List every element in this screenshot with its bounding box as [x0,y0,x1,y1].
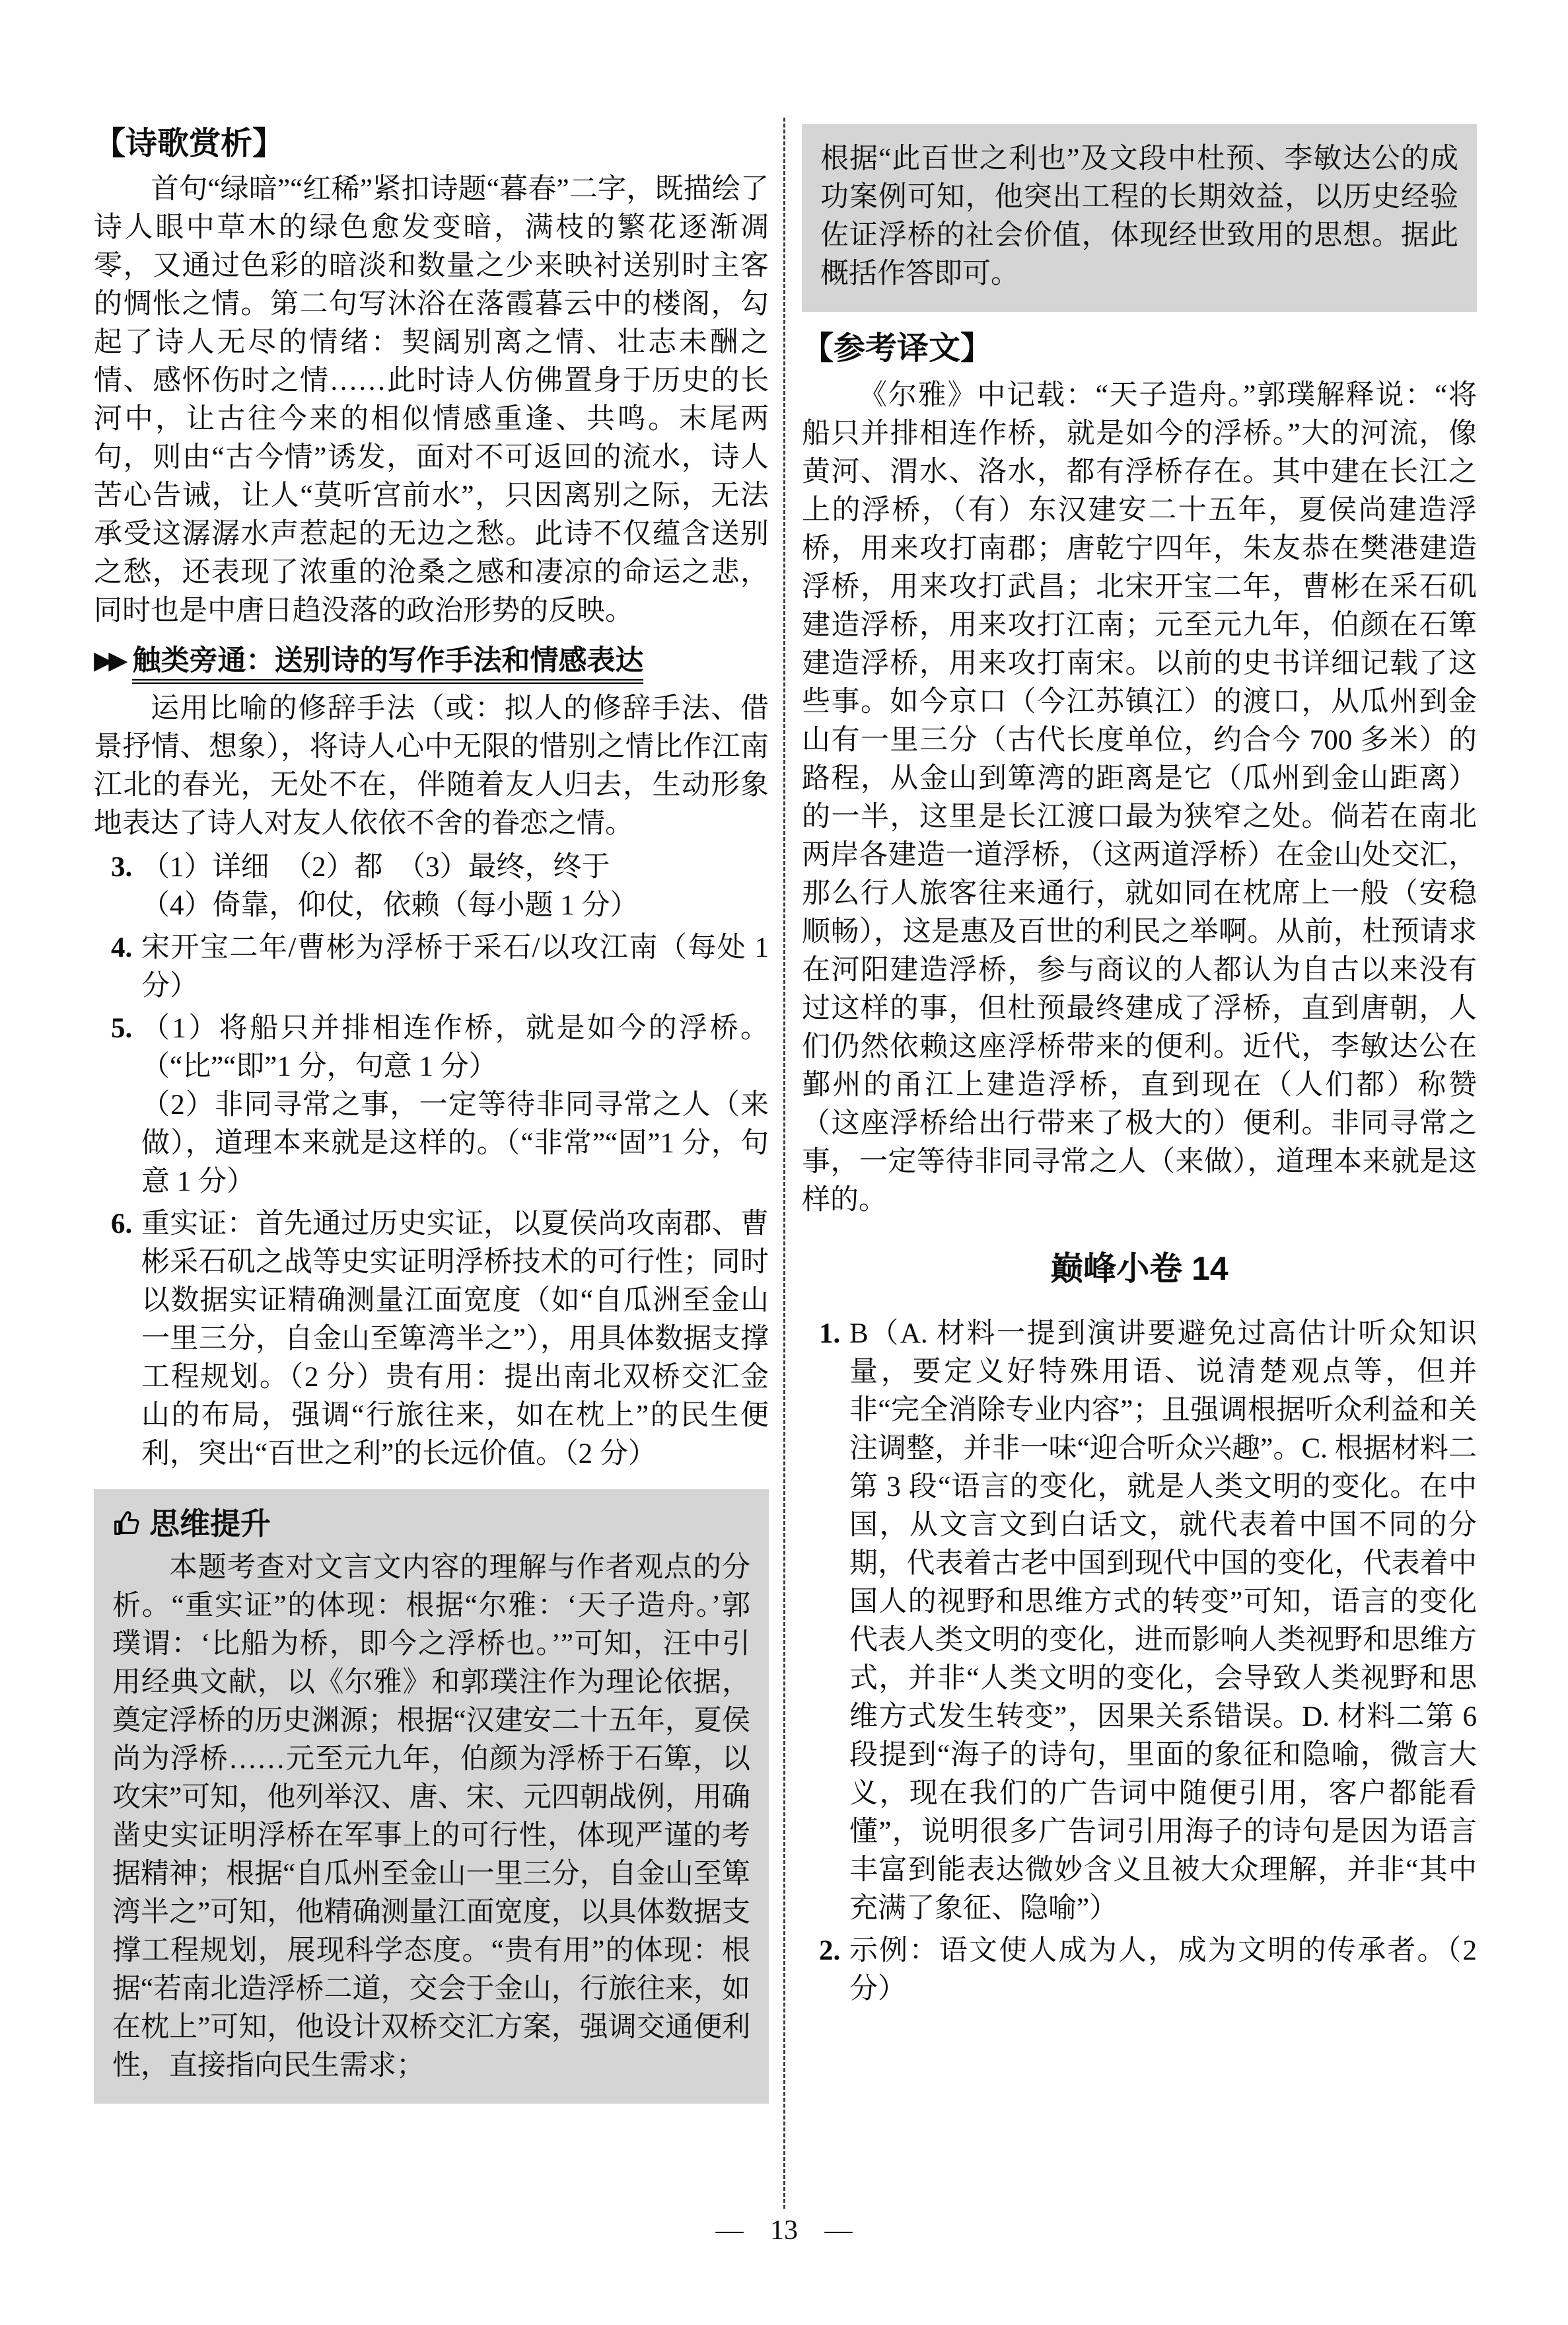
answer-body: B（A. 材料一提到演讲要避免过高估计听众知识量，要定义好特殊用语、说清楚观点等… [849,1315,1477,1928]
thinking-upgrade-text: 本题考查对文言文内容的理解与作者观点的分析。“重实证”的体现：根据“尔雅：‘天子… [112,1549,750,2085]
answer-number: 4. [94,929,141,1006]
double-triangle-icon: ▶▶ [94,646,123,675]
reference-translation-heading: 【参考译文】 [802,329,1477,369]
answer-number: 2. [802,1932,849,2009]
left-column: 【诗歌赏析】 首句“绿暗”“红稀”紧扣诗题“暮春”二字，既描绘了诗人眼中草木的绿… [94,124,769,2104]
answer-body: （1）详细 （2）都 （3）最终，终于 （4）倚靠，仰仗，依赖（每小题 1 分） [141,848,769,925]
answer-item-3: 3. （1）详细 （2）都 （3）最终，终于 （4）倚靠，仰仗，依赖（每小题 1… [94,848,769,925]
answer-number: 6. [94,1205,141,1473]
answer-paragraph: （1）详细 （2）都 （3）最终，终于 [141,848,769,887]
analogy-heading-title: 触类旁通：送别诗的写作手法和情感表达 [132,646,643,684]
peak-paper-heading: 巅峰小卷 14 [802,1249,1477,1288]
answer-item-5: 5. （1）将船只并排相连作桥，就是如今的浮桥。（“比”“即”1 分，句意 1 … [94,1010,769,1201]
answer-item-4: 4. 宋开宝二年/曹彬为浮桥于采石/以攻江南（每处 1 分） [94,929,769,1006]
answer-body: 宋开宝二年/曹彬为浮桥于采石/以攻江南（每处 1 分） [141,929,769,1006]
right-column: 根据“此百世之利也”及文段中杜预、李敏达公的成功案例可知，他突出工程的长期效益，… [802,124,1477,2009]
right-answer-list: 1. B（A. 材料一提到演讲要避免过高估计听众知识量，要定义好特殊用语、说清楚… [802,1315,1477,2009]
answer-paragraph: 示例：语文使人成为人，成为文明的传承者。（2 分） [849,1932,1477,2009]
answer-number: 3. [94,848,141,925]
reference-translation-text: 《尔雅》中记载：“天子造舟。”郭璞解释说：“将船只并排相连作桥，就是如今的浮桥。… [802,377,1477,1220]
answer-body: 示例：语文使人成为人，成为文明的传承者。（2 分） [849,1932,1477,2009]
answer-paragraph: （4）倚靠，仰仗，依赖（每小题 1 分） [141,887,769,925]
answer-number: 1. [802,1315,849,1928]
poem-appreciation-heading: 【诗歌赏析】 [94,124,769,164]
answer-item-1: 1. B（A. 材料一提到演讲要避免过高估计听众知识量，要定义好特殊用语、说清楚… [802,1315,1477,1928]
answer-body: 重实证：首先通过历史实证，以夏侯尚攻南郡、曹彬采石矶之战等史实证明浮桥技术的可行… [141,1205,769,1473]
thumb-up-icon [112,1508,143,1539]
answer-item-6: 6. 重实证：首先通过历史实证，以夏侯尚攻南郡、曹彬采石矶之战等史实证明浮桥技术… [94,1205,769,1473]
answer-paragraph: （2）非同寻常之事，一定等待非同寻常之人（来做），道理本来就是这样的。（“非常”… [141,1086,769,1201]
thinking-upgrade-box: 思维提升 本题考查对文言文内容的理解与作者观点的分析。“重实证”的体现：根据“尔… [94,1489,769,2104]
workbook-answer-page: 【诗歌赏析】 首句“绿暗”“红稀”紧扣诗题“暮春”二字，既描绘了诗人眼中草木的绿… [0,0,1568,2325]
thinking-upgrade-title-row: 思维提升 [112,1505,750,1542]
answer-paragraph: 重实证：首先通过历史实证，以夏侯尚攻南郡、曹彬采石矶之战等史实证明浮桥技术的可行… [141,1205,769,1473]
answer-body: （1）将船只并排相连作桥，就是如今的浮桥。（“比”“即”1 分，句意 1 分） … [141,1010,769,1201]
analogy-text: 运用比喻的修辞手法（或：拟人的修辞手法、借景抒情、想象），将诗人心中无限的惜别之… [94,690,769,843]
carryover-analysis-box: 根据“此百世之利也”及文段中杜预、李敏达公的成功案例可知，他突出工程的长期效益，… [802,124,1477,312]
answer-paragraph: B（A. 材料一提到演讲要避免过高估计听众知识量，要定义好特殊用语、说清楚观点等… [849,1315,1477,1928]
answer-number: 5. [94,1010,141,1201]
carryover-analysis-text: 根据“此百世之利也”及文段中杜预、李敏达公的成功案例可知，他突出工程的长期效益，… [820,140,1458,293]
left-answer-list: 3. （1）详细 （2）都 （3）最终，终于 （4）倚靠，仰仗，依赖（每小题 1… [94,848,769,1473]
poem-appreciation-text: 首句“绿暗”“红稀”紧扣诗题“暮春”二字，既描绘了诗人眼中草木的绿色愈发变暗，满… [94,170,769,630]
page-number: — 13 — [0,2215,1568,2246]
answer-paragraph: 宋开宝二年/曹彬为浮桥于采石/以攻江南（每处 1 分） [141,929,769,1006]
answer-paragraph: （1）将船只并排相连作桥，就是如今的浮桥。（“比”“即”1 分，句意 1 分） [141,1010,769,1086]
thinking-upgrade-title: 思维提升 [149,1505,271,1542]
analogy-heading-row: ▶▶触类旁通：送别诗的写作手法和情感表达 [94,641,769,681]
answer-item-2: 2. 示例：语文使人成为人，成为文明的传承者。（2 分） [802,1932,1477,2009]
column-divider [783,118,785,2209]
